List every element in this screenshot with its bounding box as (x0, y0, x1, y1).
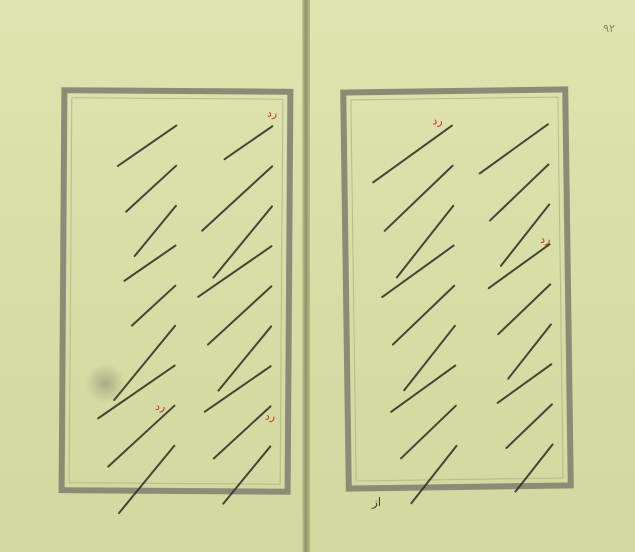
calligraphy-line (383, 164, 454, 232)
calligraphy-line (107, 404, 176, 468)
calligraphy-line (478, 123, 549, 175)
calligraphy-line (223, 125, 274, 161)
rubric-mark: رد (155, 400, 165, 413)
calligraphy-line (381, 244, 455, 298)
rubric-mark: رد (432, 114, 442, 127)
calligraphy-line (130, 284, 176, 327)
rubric-mark: رد (267, 107, 277, 120)
right-text-frame: رد رد (340, 86, 574, 491)
calligraphy-line (117, 124, 178, 167)
calligraphy-line (390, 364, 457, 413)
calligraphy-line (497, 283, 552, 336)
calligraphy-line (203, 365, 272, 413)
calligraphy-line (487, 243, 551, 290)
rubric-mark: رد (540, 233, 550, 246)
calligraphy-line (514, 443, 554, 493)
calligraphy-line (201, 165, 274, 232)
rubric-mark: رد (265, 410, 275, 423)
calligraphy-line (505, 403, 553, 449)
calligraphy-line (496, 363, 552, 404)
calligraphy-line (123, 244, 177, 282)
folio-number: ۹۲ (603, 22, 615, 35)
calligraphy-line (400, 404, 458, 459)
calligraphy-line (212, 205, 273, 279)
left-text-frame: رد رد رد (59, 87, 294, 495)
calligraphy-line (507, 323, 552, 380)
catchword: از (372, 495, 381, 509)
calligraphy-line (125, 164, 178, 213)
book-gutter (302, 0, 310, 552)
calligraphy-line (396, 204, 455, 278)
